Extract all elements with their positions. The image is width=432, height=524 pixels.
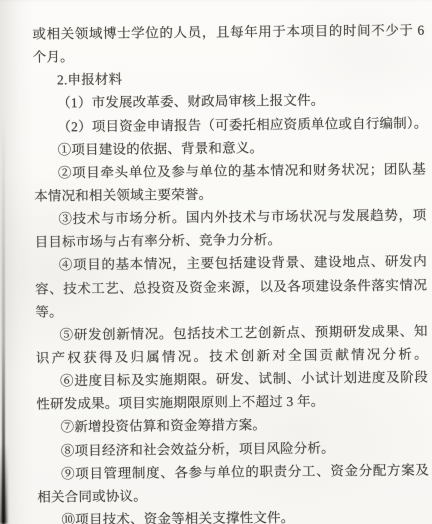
text-line: ④项目的基本情况，主要包括建设背景、建设地点、研发内 (35, 250, 427, 277)
text-line: （2）项目资金申请报告（可委托相应资质单位或自行编制）。 (33, 111, 425, 138)
scan-edge-corner-blot (0, 444, 7, 524)
text-line: ⑨项目管理制度、各参与单位的职责分工、资金分配方案及 (37, 458, 429, 485)
scanned-document-page: 或相关领域博士学位的人员，且每年用于本项目的时间不少于 6 个月。 2.申报材料… (0, 0, 432, 524)
text-line: ③技术与市场分析。国内外技术与市场状况与发展趋势，项 (34, 204, 426, 231)
text-line: 或相关领域博士学位的人员，且每年用于本项目的时间不少于 6 (32, 19, 424, 46)
text-line: ②项目牵头单位及参与单位的基本情况和财务状况；团队基 (34, 157, 426, 184)
text-line: ⑩项目技术、资金等相关支撑性文件。 (37, 504, 429, 524)
text-line: ⑥进度目标及实施期限。研发、试制、小试计划进度及阶段 (36, 366, 428, 393)
document-text-block: 或相关领域博士学位的人员，且每年用于本项目的时间不少于 6 个月。 2.申报材料… (32, 19, 429, 524)
text-line: 容、技术工艺、总投资及资金来源，以及各项建设条件落实情况 (35, 273, 427, 300)
